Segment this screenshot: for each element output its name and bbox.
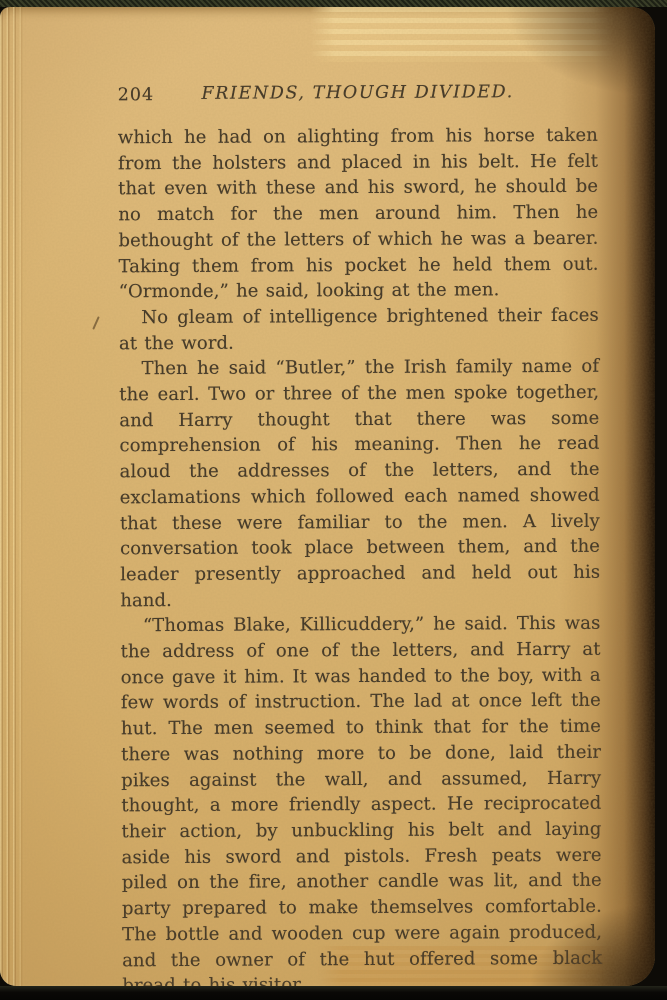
paragraph: No gleam of intelligence brightened thei… — [119, 303, 599, 357]
scanned-book-page: 204 FRIENDS, THOUGH DIVIDED. which he ha… — [0, 0, 667, 1000]
page-text: which he had on alighting from his horse… — [118, 123, 603, 986]
book-cloth-edge-top — [0, 0, 667, 7]
paragraph: Then he said “Butler,” the Irish family … — [119, 354, 600, 614]
page-number: 204 — [118, 85, 155, 105]
paragraph: “Thomas Blake, Killicuddery,” he said. T… — [120, 611, 602, 986]
paragraph: which he had on alighting from his horse… — [118, 123, 599, 305]
page-header: 204 FRIENDS, THOUGH DIVIDED. — [118, 82, 598, 109]
scanner-background-bottom — [0, 986, 667, 1000]
printed-content: 204 FRIENDS, THOUGH DIVIDED. which he ha… — [118, 82, 603, 986]
stacked-page-edges — [0, 7, 27, 986]
running-title: FRIENDS, THOUGH DIVIDED. — [118, 82, 598, 105]
page-paper: 204 FRIENDS, THOUGH DIVIDED. which he ha… — [0, 7, 655, 986]
